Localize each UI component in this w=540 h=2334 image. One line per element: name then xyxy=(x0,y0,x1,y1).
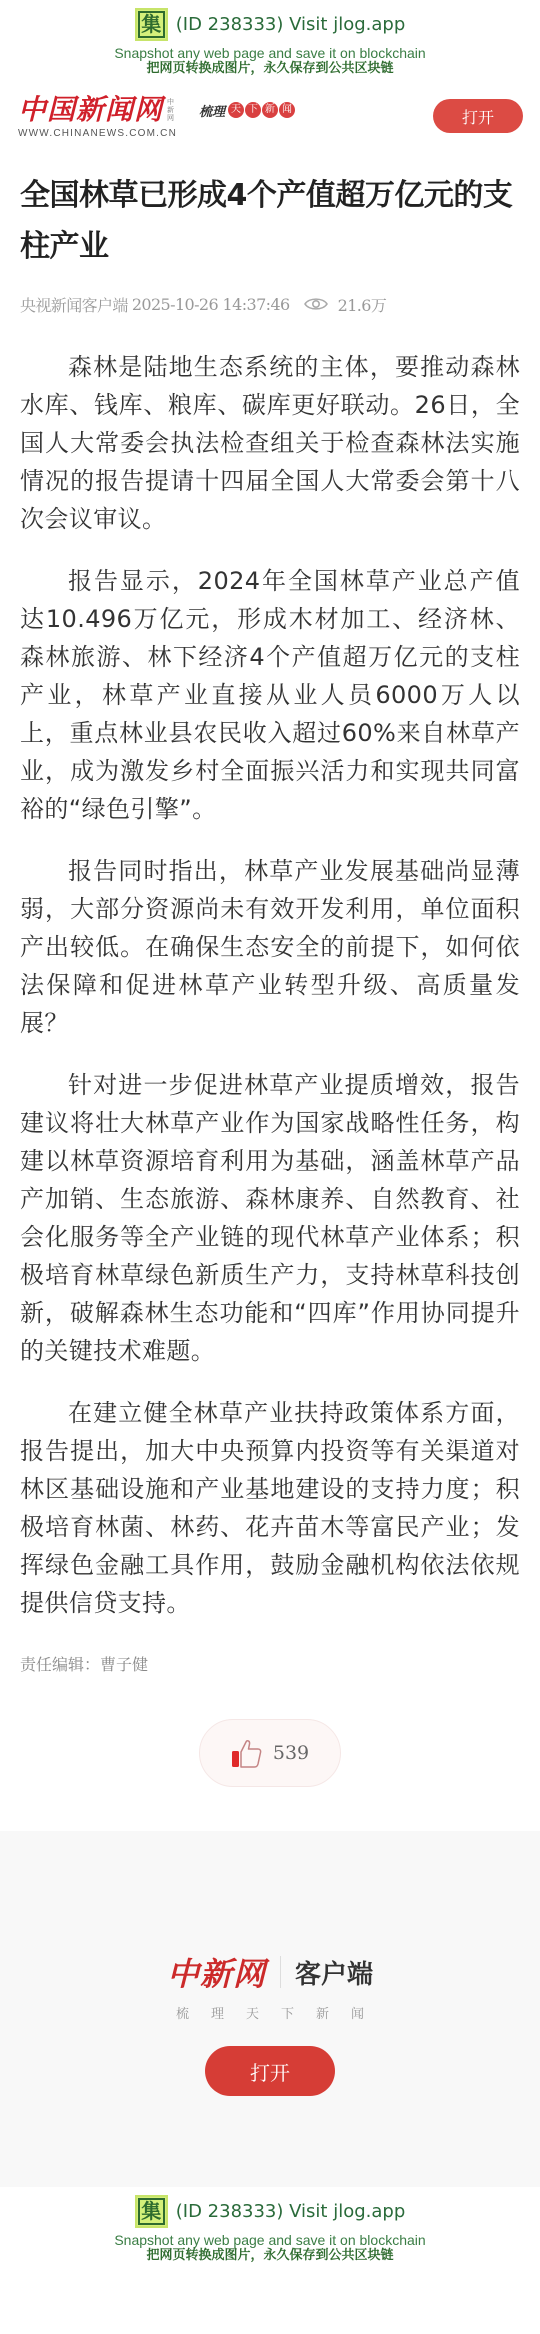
promo-brand: 中新网 xyxy=(167,1949,266,1995)
brand-small-label: 中新网 xyxy=(167,98,176,122)
article-title: 全国林草已形成4个产值超万亿元的支柱产业 xyxy=(20,170,520,272)
app-promo: 中新网 客户端 梳理天下新闻 打开 xyxy=(0,1831,540,2187)
jlog-banner-top: 集 (ID 238333) Visit jlog.app Snapshot an… xyxy=(0,0,540,84)
article-body: 森林是陆地生态系统的主体，要推动森林水库、钱库、粮库、碳库更好联动。26日，全国… xyxy=(20,348,520,1622)
jlog-subtitle-en: Snapshot any web page and save it on blo… xyxy=(0,46,540,61)
jlog-logo-icon: 集 xyxy=(135,8,168,41)
paragraph: 报告显示，2024年全国林草产业总产值达10.496万亿元，形成木材加工、经济林… xyxy=(20,562,520,828)
brand-url: WWW.CHINANEWS.COM.CN xyxy=(18,128,177,139)
brand-name: 中国新闻网 xyxy=(18,94,163,126)
like-count: 539 xyxy=(273,1742,309,1764)
article-meta: 央视新闻客户端 2025-10-26 14:37:46 21.6万 xyxy=(20,290,520,318)
top-bar: 中国新闻网 中新网 WWW.CHINANEWS.COM.CN 梳理 天 下 新 … xyxy=(0,84,540,148)
jlog-title[interactable]: (ID 238333) Visit jlog.app xyxy=(176,14,406,35)
paragraph: 针对进一步促进林草产业提质增效，报告建议将壮大林草产业作为国家战略性任务，构建以… xyxy=(20,1066,520,1370)
article-datetime: 2025-10-26 14:37:46 xyxy=(132,295,290,314)
jlog-subtitle-en: Snapshot any web page and save it on blo… xyxy=(0,2233,540,2248)
brand-logo[interactable]: 中国新闻网 中新网 WWW.CHINANEWS.COM.CN 梳理 天 下 新 … xyxy=(18,94,295,139)
promo-logo: 中新网 客户端 xyxy=(167,1949,373,1995)
like-button[interactable]: 539 xyxy=(199,1719,341,1787)
jlog-subtitle-cn: 把网页转换成图片，永久保存到公共区块链 xyxy=(0,61,540,77)
paragraph: 在建立健全林草产业扶持政策体系方面，报告提出，加大中央预算内投资等有关渠道对林区… xyxy=(20,1394,520,1622)
eye-icon xyxy=(304,296,328,312)
divider xyxy=(280,1956,281,1988)
paragraph: 报告同时指出，林草产业发展基础尚显薄弱，大部分资源尚未有效开发利用，单位面积产出… xyxy=(20,852,520,1042)
view-count: 21.6万 xyxy=(338,293,387,316)
slogan: 梳理 天 下 新 闻 xyxy=(199,101,295,120)
jlog-subtitle-cn: 把网页转换成图片，永久保存到公共区块链 xyxy=(0,2248,540,2264)
jlog-logo-icon: 集 xyxy=(135,2195,168,2228)
article: 全国林草已形成4个产值超万亿元的支柱产业 央视新闻客户端 2025-10-26 … xyxy=(0,170,540,1787)
thumbs-up-icon xyxy=(231,1738,263,1768)
paragraph: 森林是陆地生态系统的主体，要推动森林水库、钱库、粮库、碳库更好联动。26日，全国… xyxy=(20,348,520,538)
jlog-banner-bottom: 集 (ID 238333) Visit jlog.app Snapshot an… xyxy=(0,2187,540,2271)
editor-credit: 责任编辑：曹子健 xyxy=(20,1652,520,1675)
jlog-title[interactable]: (ID 238333) Visit jlog.app xyxy=(176,2201,406,2222)
open-app-button-top[interactable]: 打开 xyxy=(433,99,523,133)
open-app-button-bottom[interactable]: 打开 xyxy=(205,2046,335,2096)
article-source: 央视新闻客户端 xyxy=(20,293,128,316)
promo-tagline: 梳理天下新闻 xyxy=(176,2003,386,2022)
promo-client-label: 客户端 xyxy=(295,1954,373,1991)
